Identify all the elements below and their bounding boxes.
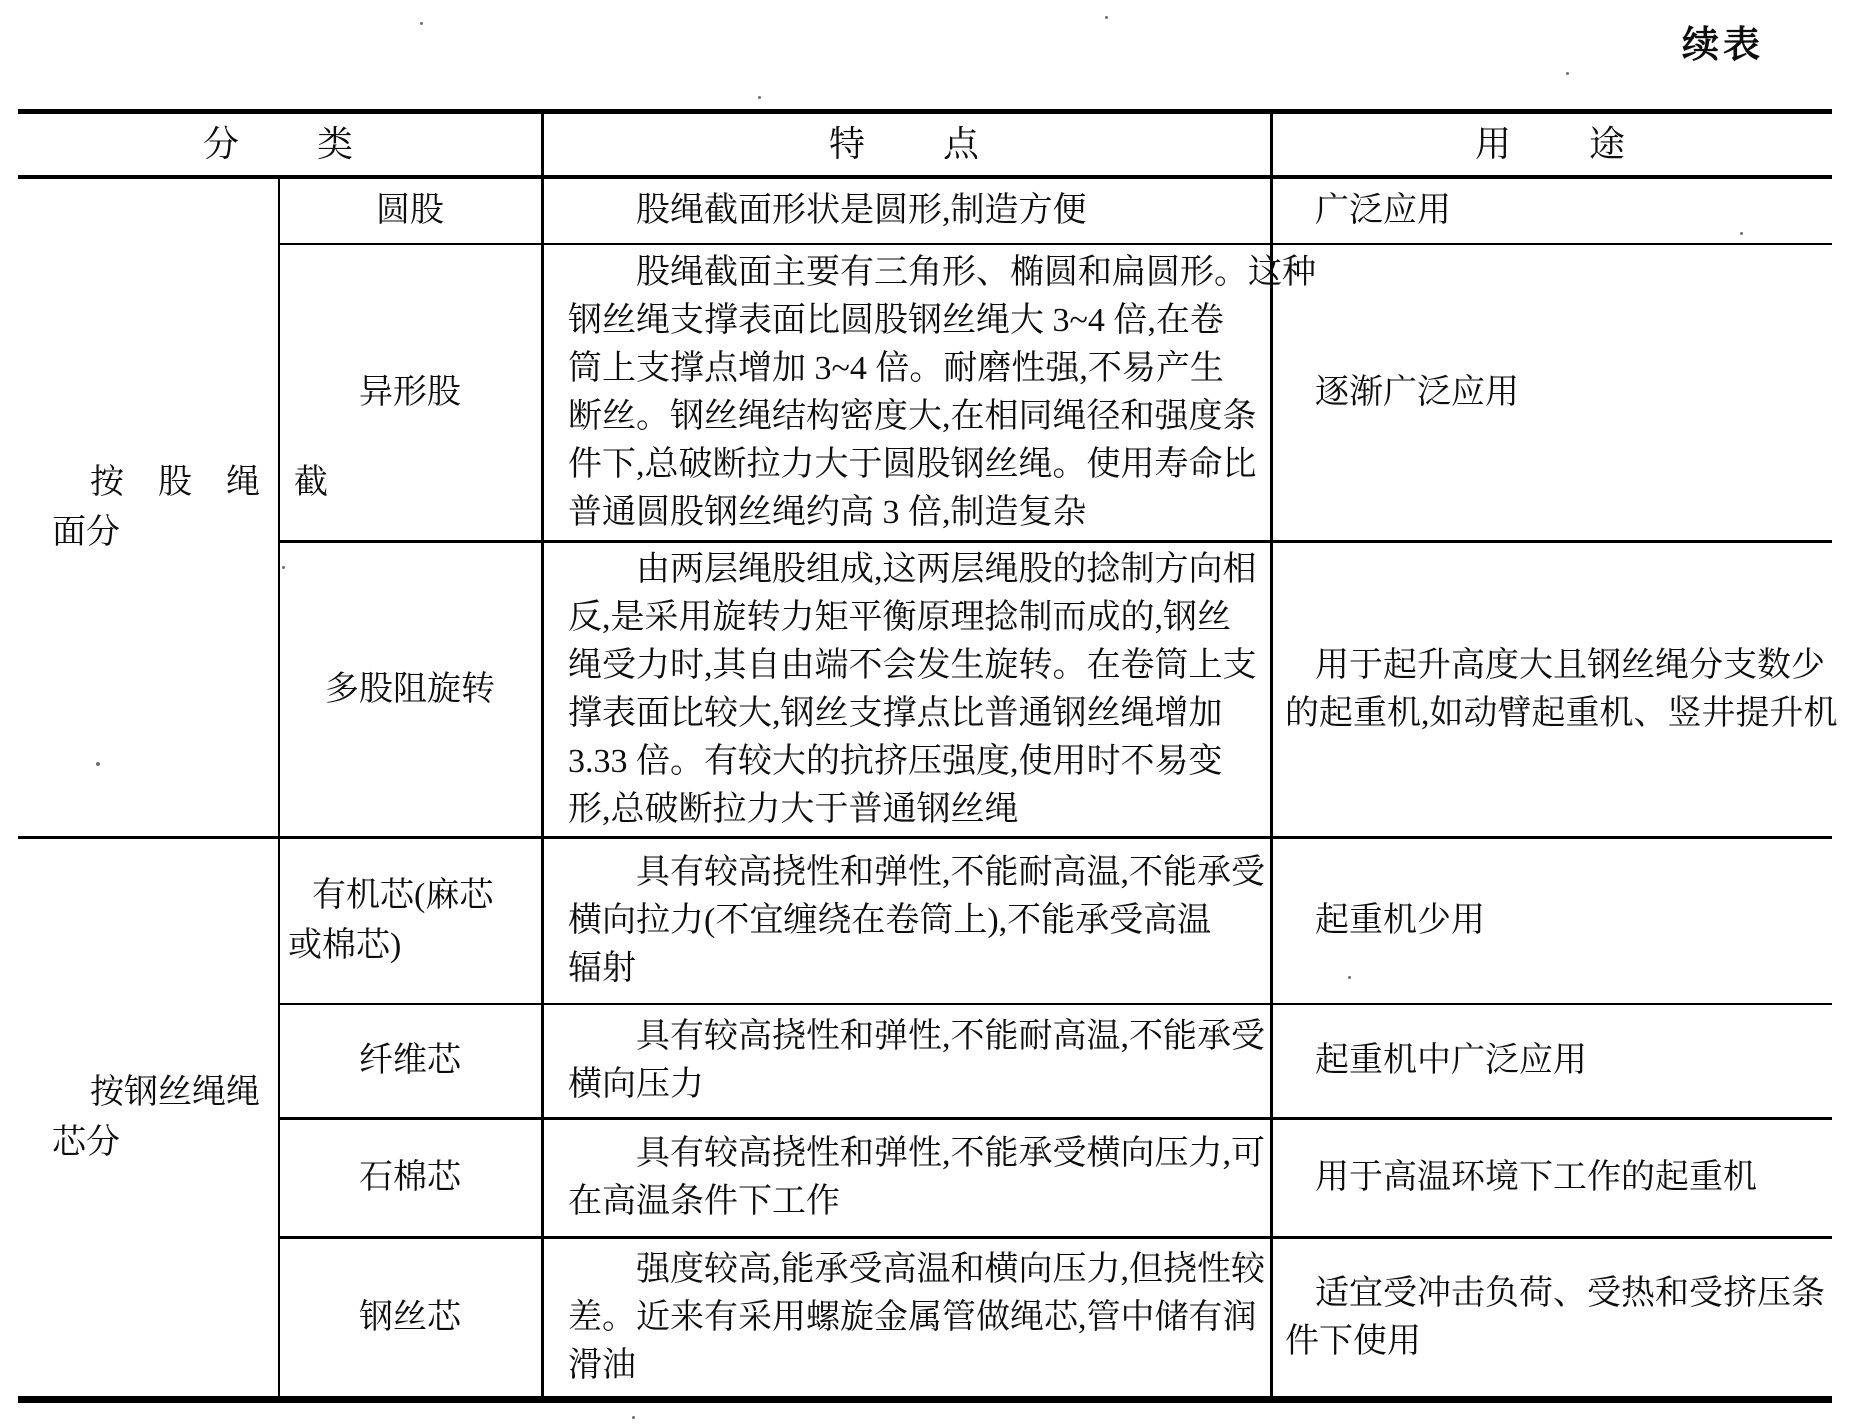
scan-speckle [1105,16,1108,19]
scan-speckle [420,22,423,25]
category-cell: 多股阻旋转 [280,543,540,836]
table-bottom-border [18,1396,1832,1403]
feature-cell: 股绳截面形状是圆形,制造方便 [544,179,1270,243]
usage-cell: 广泛应用 [1273,179,1832,243]
continued-table-label: 续表 [1682,14,1764,68]
usage-cell: 用于高温环境下工作的起重机 [1273,1120,1832,1236]
usage-cell: 适宜受冲击负荷、受热和受挤压条件下使用 [1273,1239,1832,1396]
usage-cell: 起重机少用 [1273,839,1832,1003]
usage-cell: 起重机中广泛应用 [1273,1005,1832,1117]
category-cell: 异形股 [280,245,540,540]
usage-cell: 用于起升高度大且钢丝绳分支数少的起重机,如动臂起重机、竖井提升机 [1273,543,1832,836]
usage-cell: 逐渐广泛应用 [1273,245,1832,540]
category-cell: 钢丝芯 [280,1239,540,1396]
feature-cell: 股绳截面主要有三角形、椭圆和扁圆形。这种钢丝绳支撑表面比圆股钢丝绳大 3~4 倍… [544,245,1270,540]
feature-cell: 具有较高挠性和弹性,不能耐高温,不能承受横向压力 [544,1005,1270,1117]
category-cell: 纤维芯 [280,1005,540,1117]
feature-cell: 具有较高挠性和弹性,不能耐高温,不能承受横向拉力(不宜缠绕在卷筒上),不能承受高… [544,839,1270,1003]
group-cell-strand-section: 按 股 绳 截面分 [18,179,310,836]
feature-cell: 由两层绳股组成,这两层绳股的捻制方向相反,是采用旋转力矩平衡原理捻制而成的,钢丝… [544,543,1270,836]
header-classification: 分 类 [18,112,540,176]
category-cell: 有机芯(麻芯或棉芯) [280,839,548,1003]
scan-speckle [758,96,761,99]
scan-speckle [1566,72,1569,75]
category-cell: 圆股 [280,179,540,243]
scanned-table-page: 续表 分 类 特 点 用 途 按 股 绳 截面分 按钢丝绳绳芯分 圆股 股绳截面… [0,0,1850,1427]
category-cell: 石棉芯 [280,1120,540,1236]
feature-cell: 强度较高,能承受高温和横向压力,但挠性较差。近来有采用螺旋金属管做绳芯,管中储有… [544,1239,1270,1396]
header-usage: 用 途 [1270,112,1832,176]
scan-speckle [632,1416,635,1419]
feature-cell: 具有较高挠性和弹性,不能承受横向压力,可在高温条件下工作 [544,1120,1270,1236]
group-cell-rope-core: 按钢丝绳绳芯分 [18,839,310,1396]
header-features: 特 点 [540,112,1270,176]
